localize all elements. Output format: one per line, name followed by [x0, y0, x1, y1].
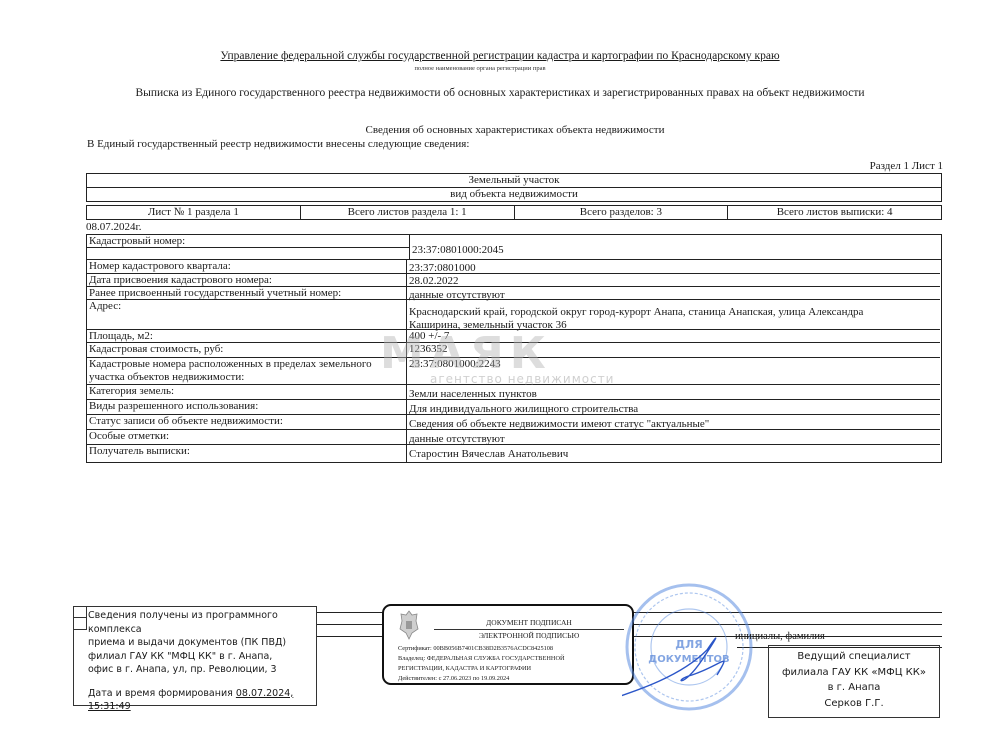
- source-info-box: Сведения получены из программного компле…: [73, 606, 317, 706]
- field-value: Сведения об объекте недвижимости имеют с…: [407, 415, 940, 430]
- field-label: Кадастровый номер:: [87, 235, 409, 248]
- field-value: Земли населенных пунктов: [407, 385, 940, 400]
- esig-details: Сертификат: 00BB056B7401CB38D2B3576ACDC8…: [398, 644, 565, 684]
- field-label: Кадастровые номера расположенных в преде…: [87, 358, 407, 385]
- cadastral-number-value: 23:37:0801000:2045: [409, 235, 941, 259]
- organization-caption: полное наименование органа регистрации п…: [0, 65, 960, 72]
- field-value: Краснодарский край, городской округ горо…: [407, 300, 940, 330]
- organization-name: Управление федеральной службы государств…: [0, 50, 1000, 62]
- svg-text:ДЛЯ: ДЛЯ: [675, 638, 702, 651]
- total-sheets-section: Всего листов раздела 1: 1: [301, 206, 515, 219]
- field-label: Получатель выписки:: [87, 445, 407, 462]
- object-type: Земельный участок: [86, 173, 942, 188]
- document-title: Выписка из Единого государственного реес…: [0, 87, 1000, 99]
- table-row: Категория земель: Земли населенных пункт…: [87, 384, 940, 400]
- specialist-box: Ведущий специалист филиала ГАУ КК «МФЦ К…: [768, 645, 940, 718]
- specialist-branch: филиала ГАУ КК «МФЦ КК»: [769, 665, 939, 681]
- field-value: Для индивидуального жилищного строительс…: [407, 400, 940, 415]
- esig-validity: Действителен: с 27.06.2023 по 19.09.2024: [398, 674, 565, 684]
- field-label: Статус записи об объекте недвижимости:: [87, 415, 407, 430]
- esig-owner: Владелец: ФЕДЕРАЛЬНАЯ СЛУЖБА ГОСУДАРСТВЕ…: [398, 654, 565, 664]
- watermark-tagline: агентство недвижимости: [430, 372, 614, 386]
- field-label: Кадастровая стоимость, руб:: [87, 343, 407, 358]
- table-row: Дата присвоения кадастрового номера: 28.…: [87, 273, 940, 287]
- table-row: Ранее присвоенный государственный учетны…: [87, 286, 940, 300]
- field-label: Виды разрешенного использования:: [87, 400, 407, 415]
- esig-subtitle: ЭЛЕКТРОННОЙ ПОДПИСЬЮ: [434, 631, 624, 640]
- source-line: Сведения получены из программного компле…: [88, 609, 316, 636]
- field-label: Адрес:: [87, 300, 407, 330]
- official-stamp-icon: ДЛЯ ДОКУМЕНТОВ: [622, 580, 757, 715]
- table-row: Статус записи об объекте недвижимости: С…: [87, 414, 940, 430]
- field-value: Старостин Вячеслав Анатольевич: [407, 445, 940, 462]
- source-line: приема и выдачи документов (ПК ПВД): [88, 636, 316, 650]
- initials-caption: инициалы, фамилия: [735, 631, 825, 642]
- intro-text: В Единый государственный реестр недвижим…: [87, 138, 469, 150]
- field-label: Особые отметки:: [87, 430, 407, 445]
- table-row: Виды разрешенного использования: Для инд…: [87, 399, 940, 415]
- generated-label: Дата и время формирования: [88, 688, 233, 699]
- field-label: Категория земель:: [87, 385, 407, 400]
- table-row: Адрес: Краснодарский край, городской окр…: [87, 299, 940, 330]
- field-label: Номер кадастрового квартала:: [87, 260, 407, 273]
- section-sheet-label: Раздел 1 Лист 1: [700, 160, 943, 172]
- total-sections: Всего разделов: 3: [515, 206, 729, 219]
- source-line: офис в г. Анапа, ул, пр. Революции, 3: [88, 663, 316, 677]
- extract-date: 08.07.2024г.: [86, 221, 142, 233]
- table-row: Номер кадастрового квартала: 23:37:08010…: [87, 260, 940, 273]
- table-row: Особые отметки: данные отсутствуют: [87, 429, 940, 445]
- electronic-signature-box: ДОКУМЕНТ ПОДПИСАН ЭЛЕКТРОННОЙ ПОДПИСЬЮ С…: [382, 604, 634, 685]
- section-title: Сведения об основных характеристиках объ…: [0, 124, 1000, 136]
- field-value: данные отсутствуют: [407, 430, 940, 445]
- object-type-caption: вид объекта недвижимости: [86, 187, 942, 202]
- sheet-number: Лист № 1 раздела 1: [87, 206, 301, 219]
- specialist-position: Ведущий специалист: [769, 649, 939, 665]
- esig-title: ДОКУМЕНТ ПОДПИСАН: [434, 618, 624, 630]
- specialist-city: в г. Анапа: [769, 680, 939, 696]
- esig-certificate: Сертификат: 00BB056B7401CB38D2B3576ACDC8…: [398, 644, 565, 654]
- sheet-info-row: Лист № 1 раздела 1 Всего листов раздела …: [86, 205, 942, 220]
- coat-of-arms-icon: [398, 609, 420, 641]
- source-line: филиал ГАУ КК "МФЦ КК" в г. Анапа,: [88, 650, 316, 664]
- cadastral-number-row: Кадастровый номер: 23:37:0801000:2045: [86, 234, 942, 260]
- table-row: Получатель выписки: Старостин Вячеслав А…: [87, 444, 940, 462]
- generated-datetime: Дата и время формирования 08.07.2024, 15…: [88, 687, 316, 714]
- esig-owner-cont: РЕГИСТРАЦИИ, КАДАСТРА И КАРТОГРАФИИ: [398, 664, 565, 674]
- field-value: 23:37:0801000: [407, 260, 940, 273]
- total-sheets-extract: Всего листов выписки: 4: [728, 206, 941, 219]
- specialist-name: Серков Г.Г.: [769, 696, 939, 712]
